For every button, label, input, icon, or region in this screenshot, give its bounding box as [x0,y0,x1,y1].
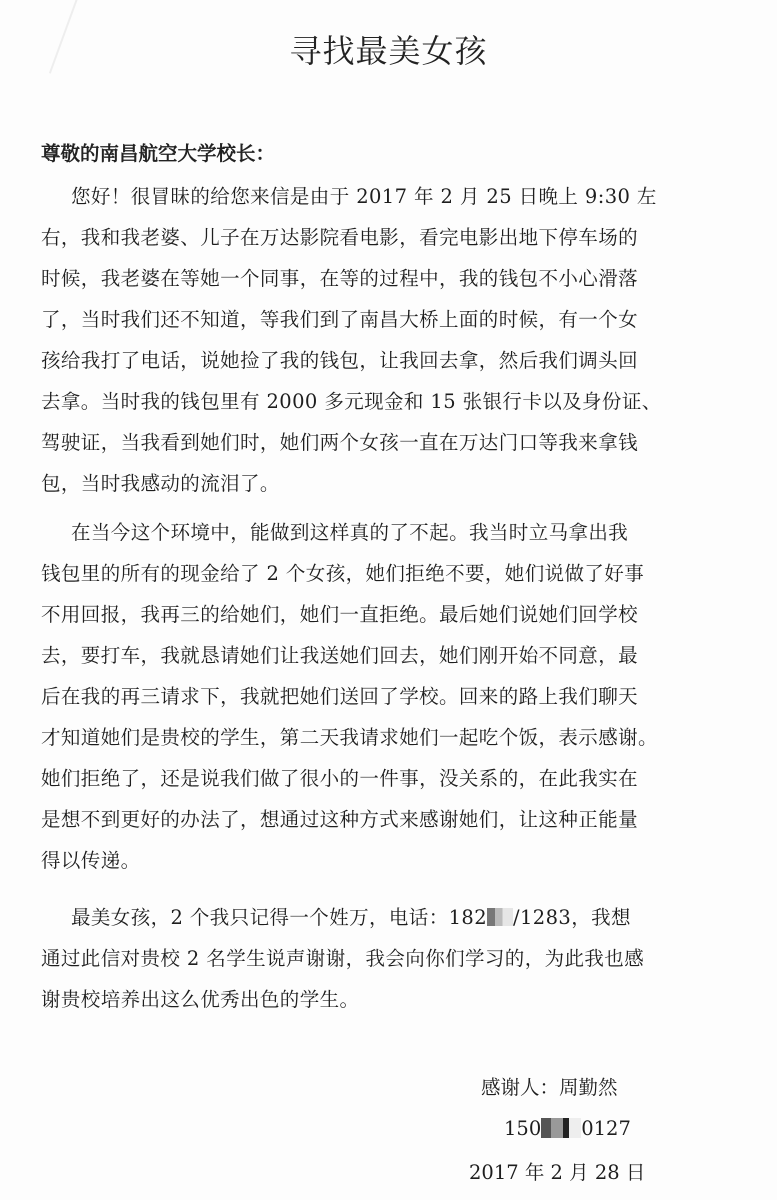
text-line: 钱包里的所有的现金给了 2 个女孩，她们拒绝不要，她们说做了好事 [41,553,481,594]
text-line: 去拿。当时我的钱包里有 2000 多元现金和 15 张银行卡以及身份证、 [41,381,481,422]
text-line: 时候，我老婆在等她一个同事，在等的过程中，我的钱包不小心滑落 [41,258,481,299]
text-line: 您好！很冒昧的给您来信是由于 2017 年 2 月 25 日晚上 9:30 左 [41,176,481,217]
text-line: 谢贵校培养出这么优秀出色的学生。 [41,979,481,1020]
text-segment: 最美女孩，2 个我只记得一个姓万，电话：182 [71,906,487,929]
text-line: 是想不到更好的办法了，想通过这种方式来感谢她们，让这种正能量 [41,799,481,840]
text-line: 孩给我打了电话，说她捡了我的钱包，让我回去拿，然后我们调头回 [41,340,481,381]
text-line: 她们拒绝了，还是说我们做了很小的一件事，没关系的，在此我实在 [41,758,481,799]
text-line-with-redacted-phone: 最美女孩，2 个我只记得一个姓万，电话：182/1283，我想 [41,897,481,938]
text-line: 去，要打车，我就恳请她们让我送她们回去，她们刚开始不同意，最 [41,635,481,676]
paragraph-3: 最美女孩，2 个我只记得一个姓万，电话：182/1283，我想 通过此信对贵校 … [41,897,481,1020]
redaction-mosaic [487,908,513,926]
signature-phone: 1500127 [504,1117,631,1140]
letter-title: 寻找最美女孩 [0,26,777,72]
text-line: 得以传递。 [41,840,481,881]
text-line: 包，当时我感动的流泪了。 [41,463,481,504]
paragraph-2: 在当今这个环境中，能做到这样真的了不起。我当时立马拿出我 钱包里的所有的现金给了… [41,512,481,881]
text-line: 通过此信对贵校 2 名学生说声谢谢，我会向你们学习的，为此我也感 [41,938,481,979]
text-line: 不用回报，我再三的给她们，她们一直拒绝。最后她们说她们回学校 [41,594,481,635]
paragraph-1: 您好！很冒昧的给您来信是由于 2017 年 2 月 25 日晚上 9:30 左 … [41,176,481,504]
text-line: 在当今这个环境中，能做到这样真的了不起。我当时立马拿出我 [41,512,481,553]
phone-prefix: 150 [504,1117,541,1140]
scanned-letter-page: 寻找最美女孩 尊敬的南昌航空大学校长： 您好！很冒昧的给您来信是由于 2017 … [0,0,777,1200]
text-line: 后在我的再三请求下，我就把她们送回了学校。回来的路上我们聊天 [41,676,481,717]
phone-suffix: 0127 [581,1117,631,1140]
text-line: 驾驶证，当我看到她们时，她们两个女孩一直在万达门口等我来拿钱 [41,422,481,463]
signature-date: 2017 年 2 月 28 日 [469,1157,645,1185]
text-line: 才知道她们是贵校的学生，第二天我请求她们一起吃个饭，表示感谢。 [41,717,481,758]
signature-name: 感谢人：周勤然 [481,1072,618,1100]
text-line: 右，我和我老婆、儿子在万达影院看电影，看完电影出地下停车场的 [41,217,481,258]
text-line: 了，当时我们还不知道，等我们到了南昌大桥上面的时候，有一个女 [41,299,481,340]
redaction-mosaic [541,1118,581,1138]
text-segment: /1283，我想 [513,906,631,929]
salutation: 尊敬的南昌航空大学校长： [41,138,275,166]
